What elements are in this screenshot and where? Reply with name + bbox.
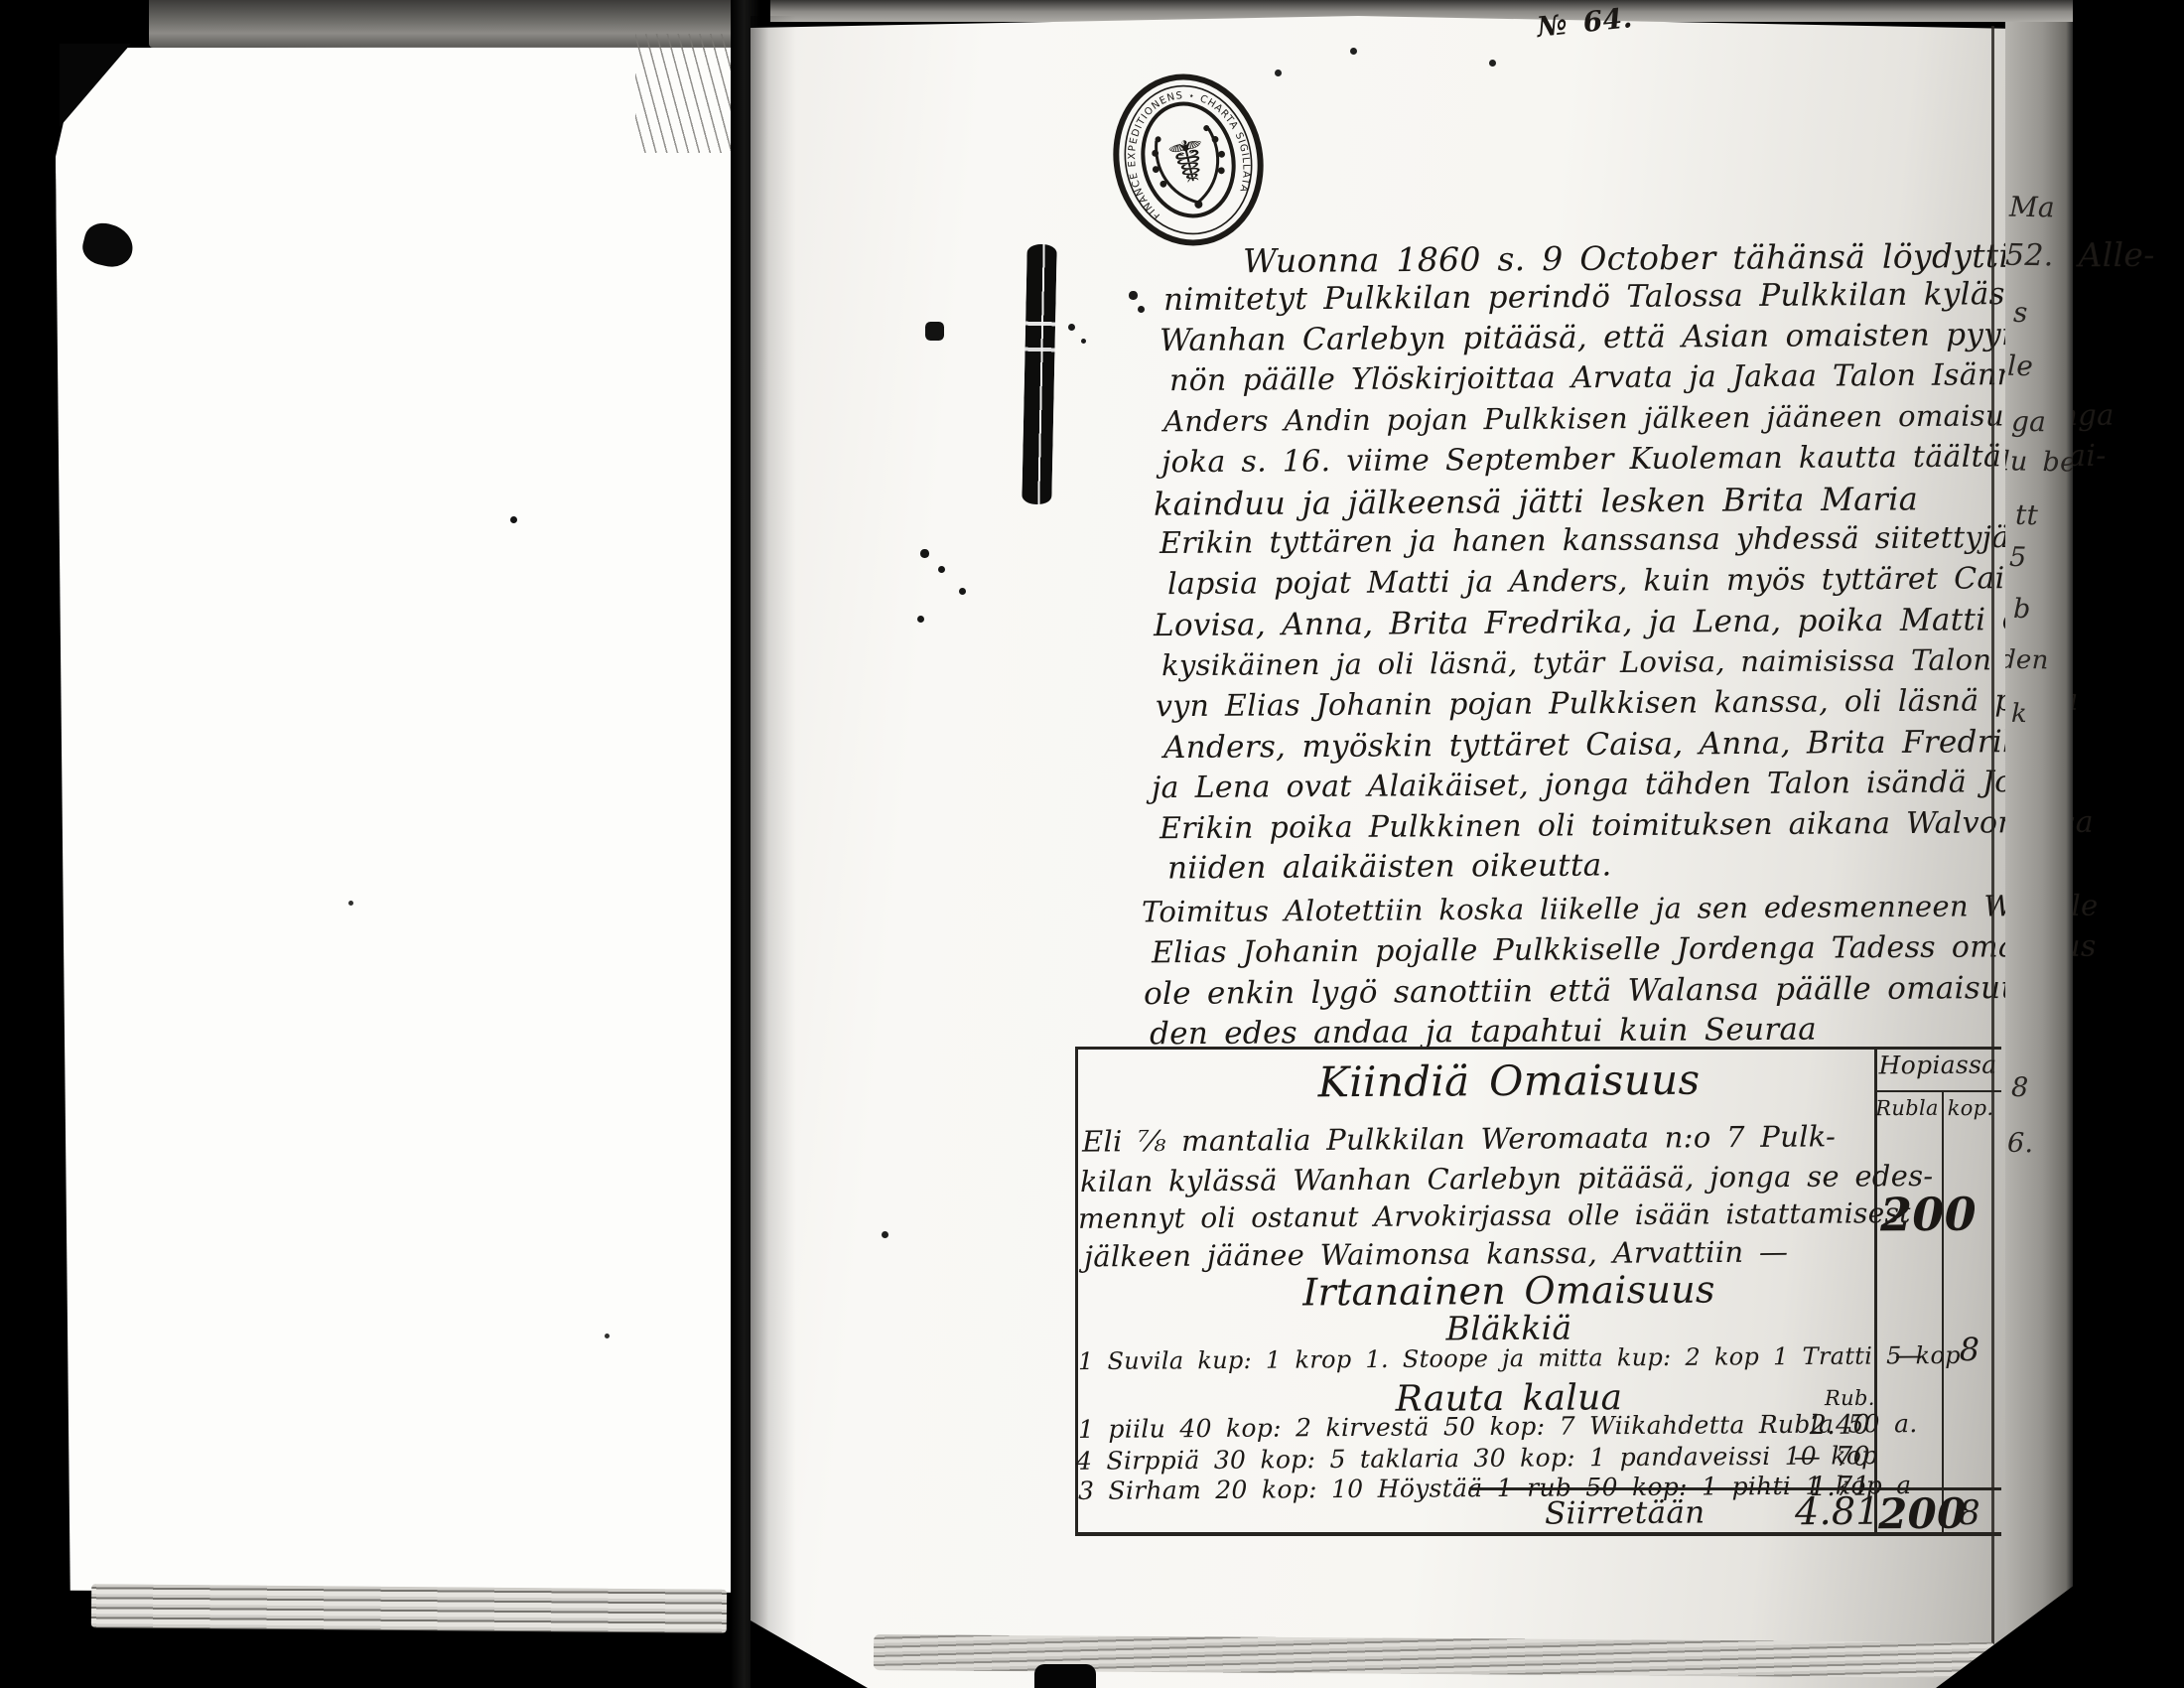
body-line: Erikin poika Pulkkinen oli toimituksen a…	[1160, 805, 2094, 847]
edge-text-fragment: ga	[2011, 405, 2047, 439]
money-header-rubla: Rubla	[1874, 1096, 1940, 1120]
body-line: Erikin tyttären ja hanen kanssansa yhdes…	[1160, 520, 2010, 561]
edge-text-fragment: 8	[2011, 1072, 2029, 1103]
body-line: Lovisa, Anna, Brita Fredrika, ja Lena, p…	[1154, 602, 2041, 643]
edge-text-fragment: 52.	[2005, 238, 2054, 274]
edge-text-fragment: den	[2005, 645, 2049, 676]
body-line: kainduu ja jälkeensä jätti lesken Brita …	[1154, 480, 1918, 522]
body-line: nön päälle Ylöskirjoittaa Arvata ja Jaka…	[1169, 357, 2054, 398]
table-top-rule	[1075, 1047, 2001, 1050]
torn-corner-shadow	[60, 44, 131, 127]
body-line: nimitetyt Pulkkilan perindö Talossa Pulk…	[1163, 276, 2040, 318]
bottom-edge-notch	[1034, 1664, 1096, 1688]
body-line: niiden alaikäisten oikeutta.	[1167, 847, 1612, 886]
iron-unit-note: Rub.	[1825, 1386, 1875, 1410]
left-page-bottom-stacked-edges	[91, 1584, 727, 1633]
body-line: Anders, myöskin tyttäret Caisa, Anna, Br…	[1163, 724, 2040, 766]
edge-text-fragment: le	[2007, 350, 2034, 382]
carry-label: Siirretään	[1545, 1494, 1706, 1531]
page-crease-shadow	[751, 16, 796, 1688]
body-line: lapsia pojat Matti ja Anders, kuin myös …	[1167, 561, 2048, 602]
iron-item-line: 4 Sirppiä 30 kop: 5 taklaria 30 kop: 1 p…	[1076, 1441, 1878, 1476]
body-line: ole enkin lygö sanottiin että Walansa pä…	[1144, 970, 2032, 1012]
edge-text-fragment: tt	[2015, 498, 2039, 531]
edge-text-fragment: s	[2013, 296, 2028, 329]
bottom-left-corner-shadow	[751, 1620, 868, 1688]
book-scan-photo: № 64. FINANCE EXPEDITIONENS ⋆ CHARTA SIG…	[0, 0, 2184, 1688]
next-page-edge-strip: Ma 52. s le ga lu be. tt 5 b den k 8 6.	[2005, 22, 2073, 1666]
fixed-property-line: Eli ⅞ mantalia Pulkkilan Weromaata n:o 7…	[1082, 1119, 1836, 1158]
ink-smear-band	[1022, 244, 1056, 505]
body-line: joka s. 16. viime September Kuoleman kau…	[1161, 439, 2107, 481]
iron-item-amount: — 70	[1767, 1442, 1870, 1474]
left-blank-page	[55, 44, 748, 1597]
fixed-property-line: kilan kylässä Wanhan Carlebyn pitääsä, j…	[1080, 1159, 1934, 1198]
caduceus-icon: ☤	[1162, 124, 1215, 199]
section-heading-fixed-property: Kiindiä Omaisuus	[1142, 1054, 1876, 1107]
money-subheader-rule	[1874, 1090, 2001, 1092]
edge-text-fragment: Ma	[2009, 191, 2056, 224]
body-line: ja Lena ovat Alaikäiset, jonga tähden Ta…	[1152, 765, 2070, 805]
body-line: Wanhan Carlebyn pitääsä, että Asian omai…	[1160, 317, 2032, 358]
tin-value-kop: 8	[1944, 1331, 1995, 1368]
body-line: Toimitus Alotettiin koska liikelle ja se…	[1142, 889, 2099, 929]
iron-item-amount: 2.40	[1781, 1410, 1870, 1442]
edge-text-fragment: lu be.	[2005, 446, 2073, 478]
fixed-property-line: mennyt oli ostanut Arvokirjassa olle isä…	[1078, 1196, 1911, 1235]
carry-amount: 4.81	[1795, 1489, 1880, 1534]
body-line: kysikäinen ja oli läsnä, tytär Lovisa, n…	[1161, 642, 2062, 682]
dust-specks	[0, 0, 3, 3]
body-line: vyn Elias Johanin pojan Pulkkisen kanssa…	[1156, 683, 2079, 724]
edge-text-fragment: 6.	[2007, 1128, 2034, 1159]
kop-column-rule	[1942, 1090, 1944, 1535]
body-line: Anders Andin pojan Pulkkisen jälkeen jää…	[1163, 398, 2115, 439]
tin-rubla-dash: —	[1878, 1338, 1940, 1371]
left-page-edge-lines	[635, 34, 741, 153]
edge-text-fragment: k	[2011, 699, 2028, 729]
fixed-property-value-rubla: 200	[1880, 1188, 1977, 1242]
body-line: Elias Johanin pojalle Pulkkiselle Jorden…	[1152, 929, 2097, 971]
carry-total-kop: 8	[1944, 1493, 1995, 1533]
edge-text-fragment: b	[2013, 594, 2031, 625]
bottom-right-corner-shadow	[1936, 1585, 2075, 1688]
edge-text-fragment: 5	[2009, 542, 2027, 573]
money-header-currency: Hopiassa	[1874, 1051, 2001, 1080]
